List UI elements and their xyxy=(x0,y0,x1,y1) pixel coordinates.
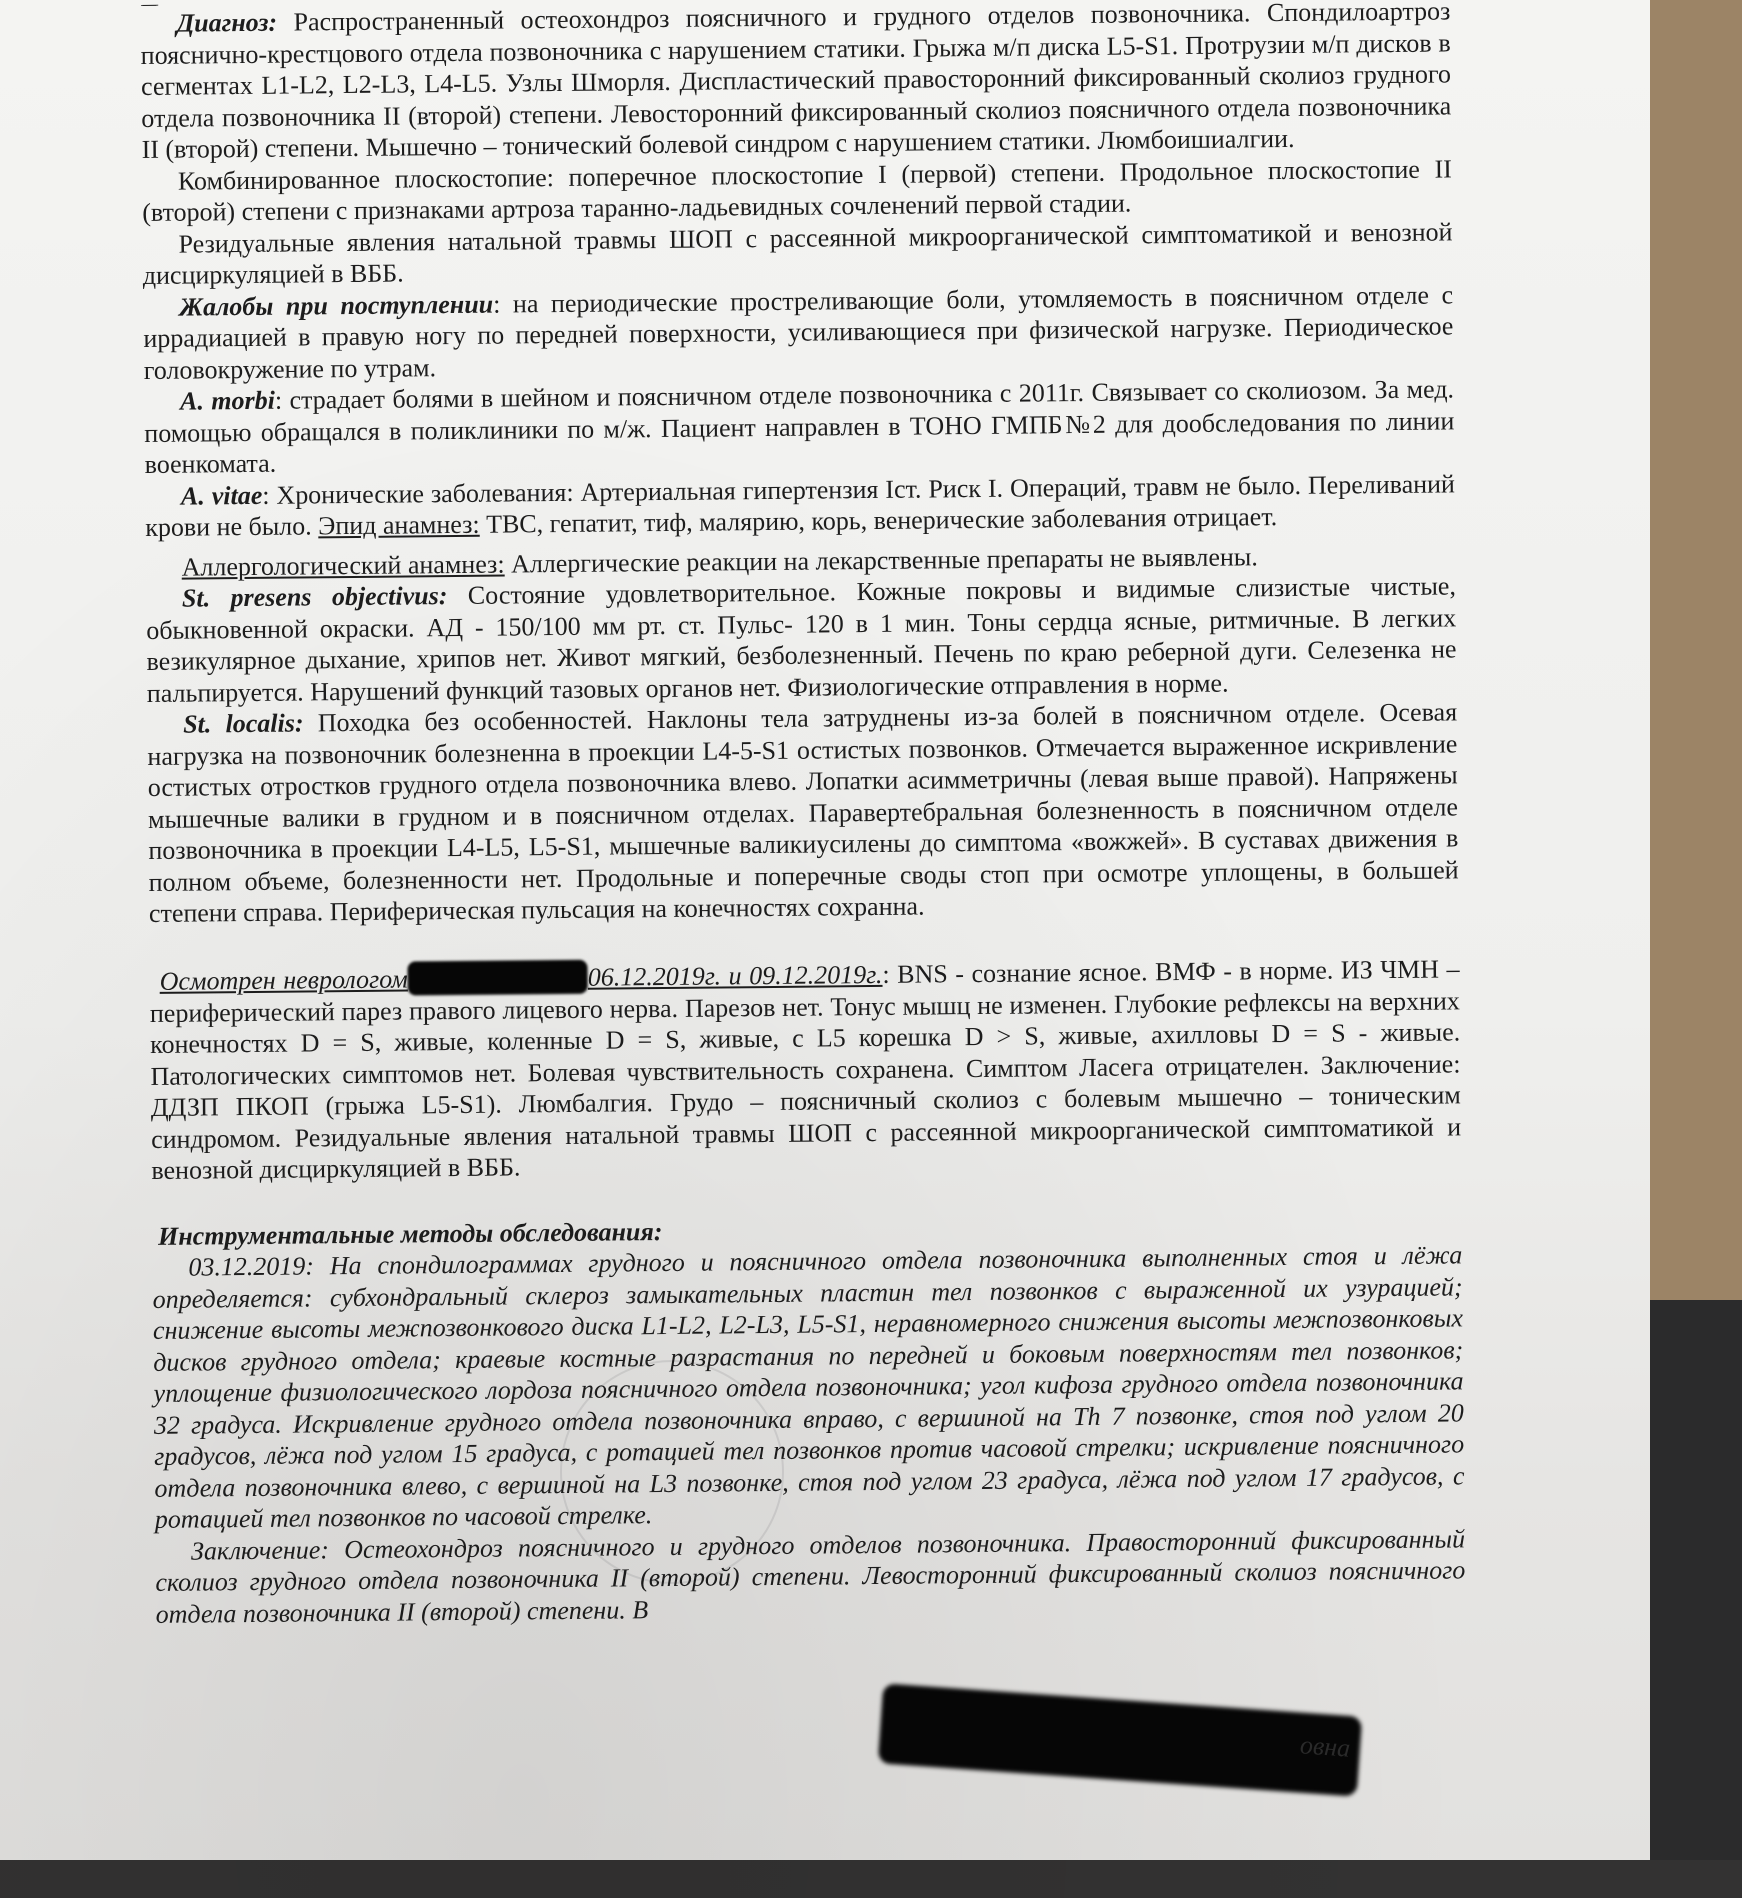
allergy-label: Аллергологический анамнез: xyxy=(181,549,504,581)
instrumental-paragraph: 03.12.2019: На спондилограммах грудного … xyxy=(152,1239,1465,1535)
st-presens-label: St. presens objectivus: xyxy=(182,581,448,613)
diagnosis-label: Диагноз: xyxy=(176,8,277,38)
neurologist-paragraph: Осмотрен неврологом06.12.2019г. и 09.12.… xyxy=(149,951,1461,1187)
a-morbi-paragraph: A. morbi: страдает болями в шейном и поя… xyxy=(144,373,1455,480)
st-presens-paragraph: St. presens objectivus: Состояние удовле… xyxy=(146,570,1457,709)
paper-sheet: Поступил ... Диагноз: Распространенный о… xyxy=(0,0,1650,1860)
a-vitae-label: A. vitae xyxy=(181,480,263,510)
complaints-label: Жалобы при поступлении xyxy=(179,289,493,321)
a-vitae-paragraph: A. vitae: Хронические заболевания: Артер… xyxy=(145,468,1456,544)
st-localis-label: St. localis: xyxy=(183,708,304,738)
signature-redaction xyxy=(878,1683,1362,1796)
neurologist-dates: 06.12.2019г. и 09.12.2019г. xyxy=(588,959,883,991)
complaints-paragraph: Жалобы при поступлении: на периодические… xyxy=(143,279,1454,386)
st-localis-paragraph: St. localis: Походка без особенностей. Н… xyxy=(147,696,1459,929)
document-body: Поступил ... Диагноз: Распространенный о… xyxy=(140,0,1466,1630)
epid-text: ТВС, гепатит, тиф, малярию, корь, венери… xyxy=(479,502,1277,539)
a-morbi-label: A. morbi xyxy=(180,386,275,416)
diagnosis-paragraph: Диагноз: Распространенный остеохондроз п… xyxy=(140,0,1451,165)
background-fabric-bottom xyxy=(0,1860,1742,1898)
instrumental-conclusion: Заключение: Остеохондроз поясничного и г… xyxy=(155,1523,1466,1630)
epid-label: Эпид анамнез: xyxy=(318,510,480,541)
a-morbi-text: : страдает болями в шейном и поясничном … xyxy=(144,374,1454,479)
signature-tail: овна xyxy=(1299,1730,1351,1763)
neurologist-label: Осмотрен неврологом xyxy=(159,964,407,995)
diagnosis-text: Распространенный остеохондроз поясничног… xyxy=(141,0,1452,164)
st-localis-text: Походка без особенностей. Наклоны тела з… xyxy=(147,697,1458,928)
redaction-block xyxy=(408,959,588,995)
